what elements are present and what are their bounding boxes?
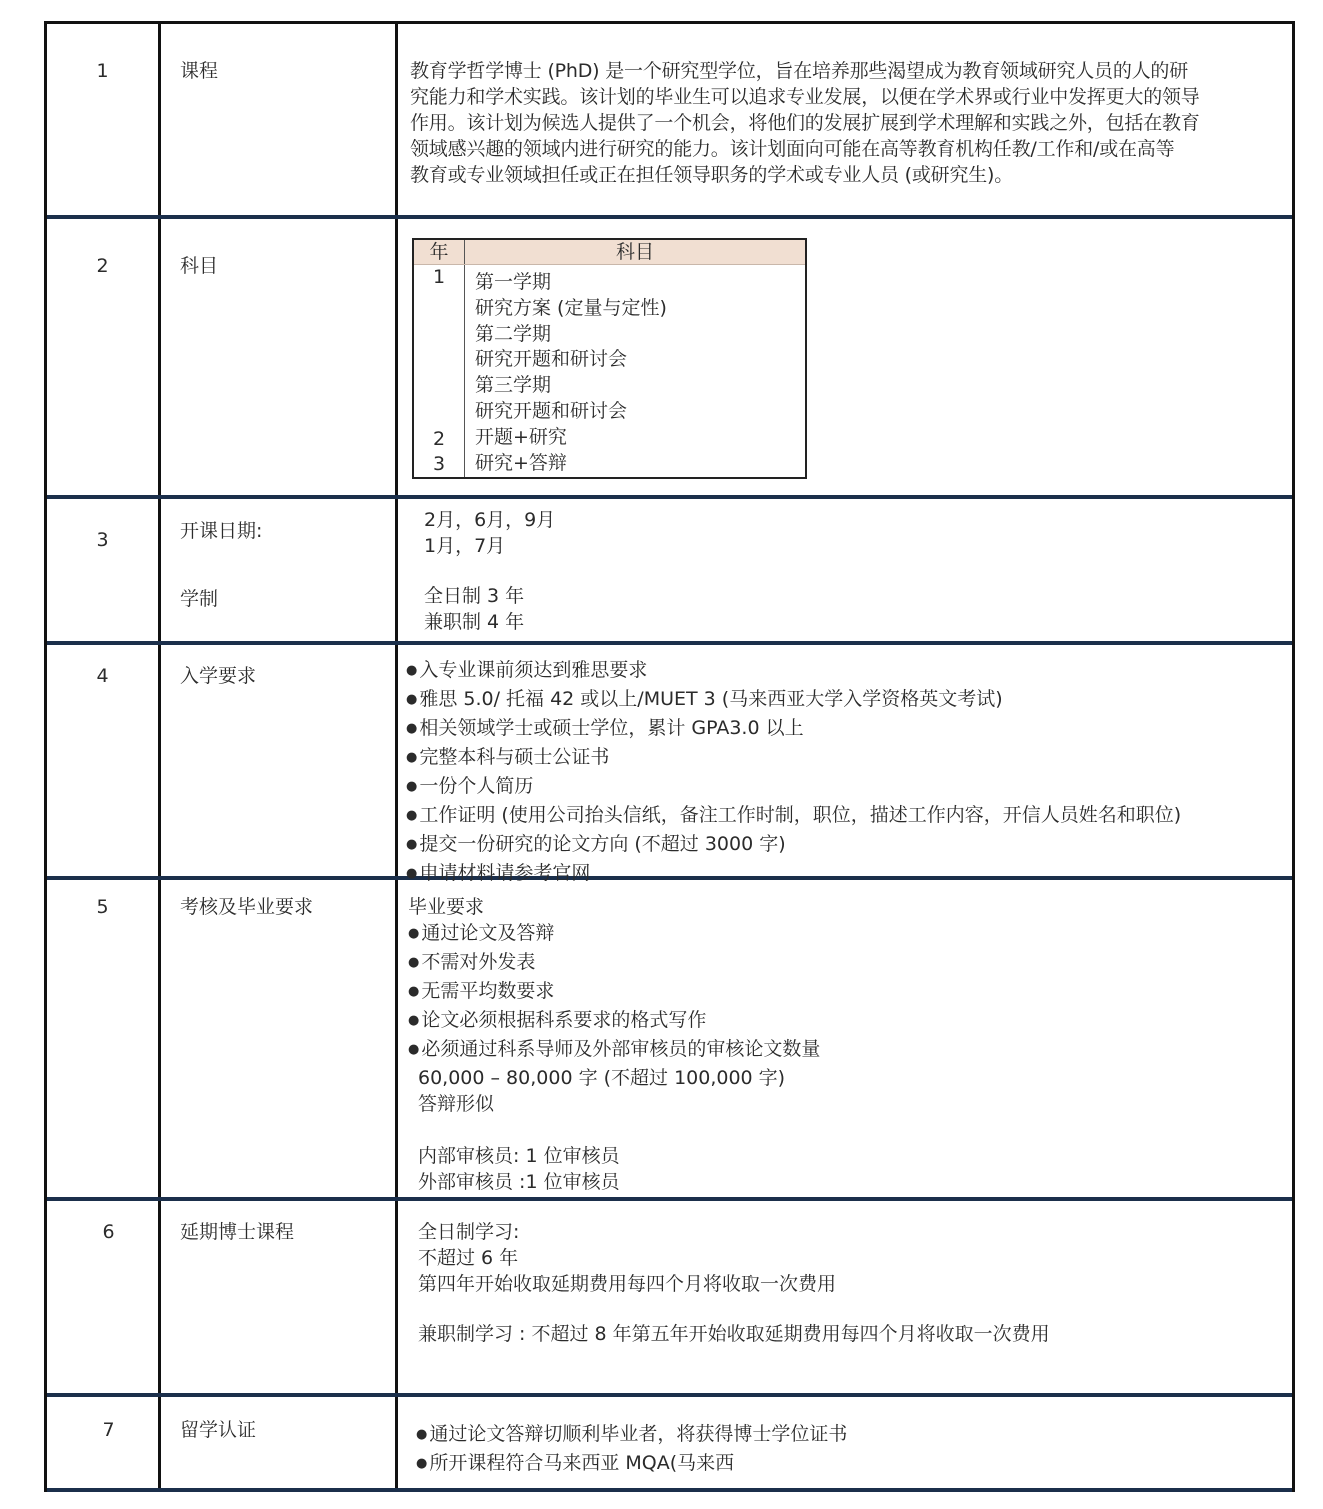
row-number: 7 bbox=[47, 1397, 161, 1488]
accreditation-item: 所开课程符合马来西亚 MQA(马来西 bbox=[416, 1450, 1282, 1479]
extension-content: 全日制学习: 不超过 6 年 第四年开始收取延期费用每四个月将收取一次费用 兼职… bbox=[398, 1201, 1292, 1393]
description-line: 教育学哲学博士 (PhD) 是一个研究型学位，旨在培养那些渴望成为教育领域研究人… bbox=[410, 58, 1282, 84]
subjects-content: 年 科目 1 2 3 第一学期 研究方案 (定量与定性) 第二学期 研究开题和研… bbox=[398, 219, 1292, 495]
subject-item: 研究方案 (定量与定性) bbox=[475, 296, 805, 322]
year-marker: 2 bbox=[414, 427, 464, 451]
row-label: 入学要求 bbox=[161, 645, 398, 876]
subject-table: 年 科目 1 2 3 第一学期 研究方案 (定量与定性) 第二学期 研究开题和研… bbox=[412, 238, 807, 479]
description-line: 教育或专业领域担任或正在担任领导职务的学术或专业人员 (或研究生)。 bbox=[410, 162, 1282, 188]
subject-item: 第二学期 bbox=[475, 322, 805, 348]
program-description: 教育学哲学博士 (PhD) 是一个研究型学位，旨在培养那些渴望成为教育领域研究人… bbox=[398, 24, 1292, 215]
requirement-item: 提交一份研究的论文方向 (不超过 3000 字) bbox=[406, 831, 1282, 860]
admission-requirements: 入专业课前须达到雅思要求 雅思 5.0/ 托福 42 或以上/MUET 3 (马… bbox=[398, 645, 1292, 876]
year-marker: 3 bbox=[414, 452, 464, 476]
subject-item: 研究+答辩 bbox=[475, 451, 805, 477]
requirement-item: 完整本科与硕士公证书 bbox=[406, 744, 1282, 773]
requirement-item: 雅思 5.0/ 托福 42 或以上/MUET 3 (马来西亚大学入学资格英文考试… bbox=[406, 686, 1282, 715]
accreditation-item: 通过论文答辩切顺利毕业者，将获得博士学位证书 bbox=[416, 1421, 1282, 1450]
subject-item: 第三学期 bbox=[475, 373, 805, 399]
intake-line: 2月，6月，9月 bbox=[424, 507, 1282, 533]
fulltime-fee: 第四年开始收取延期费用每四个月将收取一次费用 bbox=[418, 1271, 1282, 1297]
program-info-table: 1 课程 教育学哲学博士 (PhD) 是一个研究型学位，旨在培养那些渴望成为教育… bbox=[44, 21, 1295, 1492]
subject-item: 研究开题和研讨会 bbox=[475, 399, 805, 425]
description-line: 领域感兴趣的领域内进行研究的能力。该计划面向可能在高等教育机构任教/工作和/或在… bbox=[410, 136, 1282, 162]
parttime-terms: 兼职制学习 : 不超过 8 年第五年开始收取延期费用每四个月将收取一次费用 bbox=[418, 1321, 1282, 1347]
row-label: 留学认证 bbox=[161, 1397, 398, 1488]
row-label: 科目 bbox=[161, 219, 398, 495]
row-number: 6 bbox=[47, 1201, 161, 1393]
description-line: 作用。该计划为候选人提供了一个机会，将他们的发展扩展到学术理解和实践之外，包括在… bbox=[410, 110, 1282, 136]
internal-examiner: 内部审核员: 1 位审核员 bbox=[408, 1143, 1282, 1169]
row-label: 课程 bbox=[161, 24, 398, 215]
accreditation-content: 通过论文答辩切顺利毕业者，将获得博士学位证书 所开课程符合马来西亚 MQA(马来… bbox=[398, 1397, 1292, 1488]
subject-item: 开题+研究 bbox=[475, 425, 805, 451]
duration-line: 全日制 3 年 bbox=[424, 583, 1282, 609]
subject-item: 第一学期 bbox=[475, 270, 805, 296]
intake-content: 2月，6月，9月 1月，7月 全日制 3 年 兼职制 4 年 bbox=[398, 499, 1292, 641]
year-column: 1 2 3 bbox=[414, 265, 465, 477]
subject-table-body: 1 2 3 第一学期 研究方案 (定量与定性) 第二学期 研究开题和研讨会 第三… bbox=[414, 265, 805, 477]
table-row-extension: 6 延期博士课程 全日制学习: 不超过 6 年 第四年开始收取延期费用每四个月将… bbox=[47, 1201, 1292, 1397]
graduation-item: 论文必须根据科系要求的格式写作 bbox=[408, 1007, 1282, 1036]
duration-line: 兼职制 4 年 bbox=[424, 609, 1282, 635]
intake-label: 开课日期: bbox=[180, 518, 395, 544]
fulltime-title: 全日制学习: bbox=[418, 1219, 1282, 1245]
subject-table-header: 年 科目 bbox=[414, 240, 805, 265]
defense-form: 答辩形似 bbox=[408, 1091, 1282, 1117]
external-examiner: 外部审核员 :1 位审核员 bbox=[408, 1169, 1282, 1195]
row-label: 延期博士课程 bbox=[161, 1201, 398, 1393]
graduation-item: 必须通过科系导师及外部审核员的审核论文数量 bbox=[408, 1036, 1282, 1065]
word-count: 60,000 – 80,000 字 (不超过 100,000 字) bbox=[408, 1065, 1282, 1091]
subject-header: 科目 bbox=[465, 240, 805, 264]
subject-item: 研究开题和研讨会 bbox=[475, 347, 805, 373]
description-line: 究能力和学术实践。该计划的毕业生可以追求专业发展，以便在学术界或行业中发挥更大的… bbox=[410, 84, 1282, 110]
table-row-subjects: 2 科目 年 科目 1 2 3 第一学期 研究方案 (定量与定性) bbox=[47, 219, 1292, 499]
year-header: 年 bbox=[414, 240, 465, 264]
table-row-program: 1 课程 教育学哲学博士 (PhD) 是一个研究型学位，旨在培养那些渴望成为教育… bbox=[47, 24, 1292, 219]
row-number: 2 bbox=[47, 219, 161, 495]
table-row-accreditation: 7 留学认证 通过论文答辩切顺利毕业者，将获得博士学位证书 所开课程符合马来西亚… bbox=[47, 1397, 1292, 1492]
graduation-item: 无需平均数要求 bbox=[408, 978, 1282, 1007]
table-row-admission: 4 入学要求 入专业课前须达到雅思要求 雅思 5.0/ 托福 42 或以上/MU… bbox=[47, 645, 1292, 880]
row-number: 3 bbox=[47, 499, 161, 641]
table-row-graduation: 5 考核及毕业要求 毕业要求 通过论文及答辩 不需对外发表 无需平均数要求 论文… bbox=[47, 880, 1292, 1201]
graduation-heading: 毕业要求 bbox=[408, 894, 1282, 920]
row-label: 考核及毕业要求 bbox=[161, 880, 398, 1197]
requirement-item: 相关领域学士或硕士学位，累计 GPA3.0 以上 bbox=[406, 715, 1282, 744]
row-number: 5 bbox=[47, 880, 161, 1197]
intake-line: 1月，7月 bbox=[424, 533, 1282, 559]
fulltime-limit: 不超过 6 年 bbox=[418, 1245, 1282, 1271]
requirement-item: 一份个人简历 bbox=[406, 773, 1282, 802]
requirement-item: 入专业课前须达到雅思要求 bbox=[406, 657, 1282, 686]
row-label: 开课日期: 学制 bbox=[161, 499, 398, 641]
graduation-item: 不需对外发表 bbox=[408, 949, 1282, 978]
row-number: 1 bbox=[47, 24, 161, 215]
duration-label: 学制 bbox=[180, 586, 395, 612]
requirement-item: 工作证明 (使用公司抬头信纸，备注工作时制，职位，描述工作内容，开信人员姓名和职… bbox=[406, 802, 1282, 831]
table-row-intake: 3 开课日期: 学制 2月，6月，9月 1月，7月 全日制 3 年 兼职制 4 … bbox=[47, 499, 1292, 645]
graduation-requirements: 毕业要求 通过论文及答辩 不需对外发表 无需平均数要求 论文必须根据科系要求的格… bbox=[398, 880, 1292, 1197]
row-number: 4 bbox=[47, 645, 161, 876]
year-marker: 1 bbox=[414, 265, 464, 289]
graduation-item: 通过论文及答辩 bbox=[408, 920, 1282, 949]
subject-column: 第一学期 研究方案 (定量与定性) 第二学期 研究开题和研讨会 第三学期 研究开… bbox=[465, 265, 805, 477]
